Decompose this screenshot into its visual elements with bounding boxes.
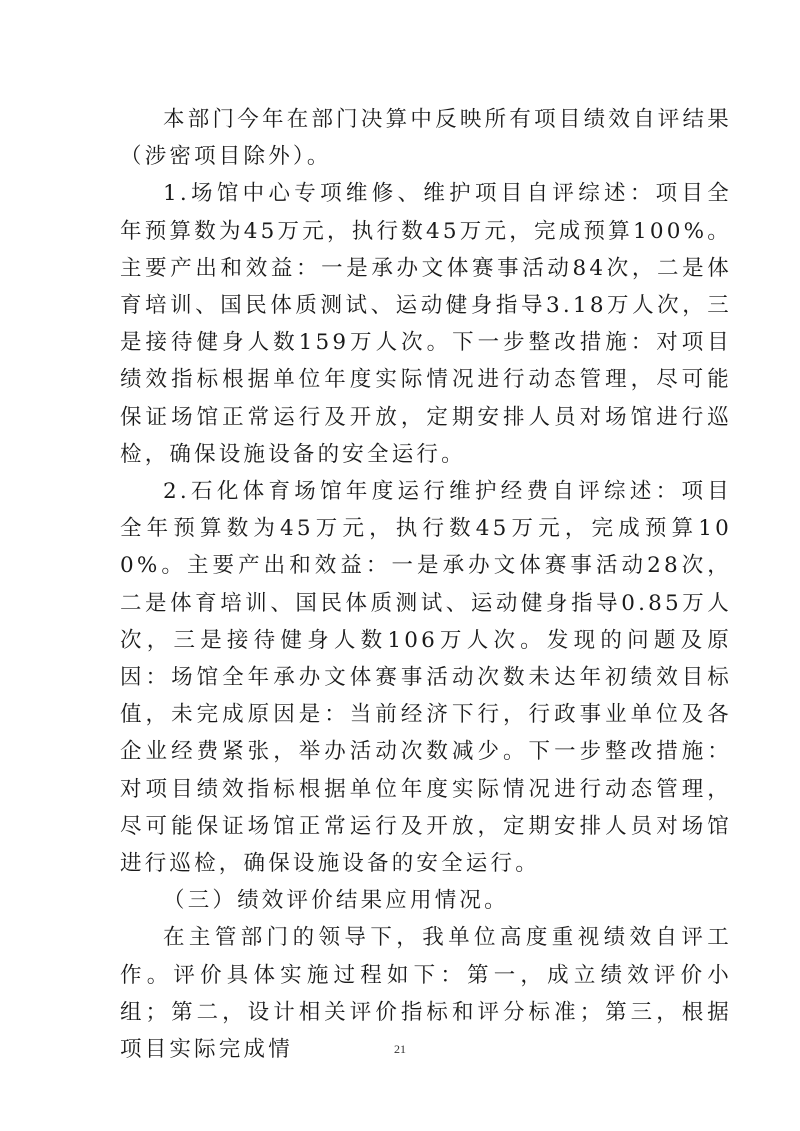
paragraph-project-2-self-evaluation: 2.石化体育场馆年度运行维护经费自评综述：项目全年预算数为45万元，执行数45万… (120, 473, 732, 882)
document-page: 本部门今年在部门决算中反映所有项目绩效自评结果（涉密项目除外）。 1.场馆中心专… (0, 0, 800, 1131)
section-heading-evaluation-results-application: （三）绩效评价结果应用情况。 (120, 882, 732, 919)
paragraph-project-1-self-evaluation: 1.场馆中心专项维修、维护项目自评综述：项目全年预算数为45万元，执行数45万元… (120, 175, 732, 473)
paragraph-intro: 本部门今年在部门决算中反映所有项目绩效自评结果（涉密项目除外）。 (120, 101, 732, 175)
page-number: 21 (0, 1042, 800, 1057)
page-body: 本部门今年在部门决算中反映所有项目绩效自评结果（涉密项目除外）。 1.场馆中心专… (120, 101, 732, 1068)
